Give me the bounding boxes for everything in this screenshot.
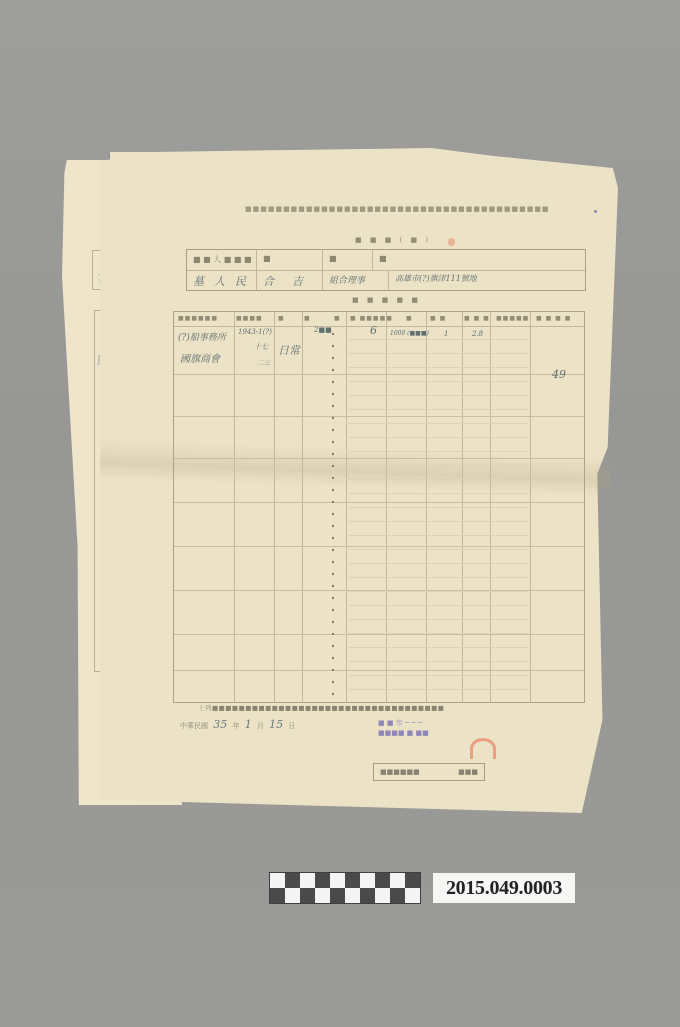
col-divider xyxy=(274,312,275,702)
registrant-info-table: ■ ■ 人 ■ ■ ■ ■ ■ ■ 墓人民 合吉 組合理事 高雄市(?)旗津11… xyxy=(186,249,586,291)
seal-stamp-red xyxy=(470,738,496,759)
info-header-3: ■ xyxy=(323,250,373,270)
ledger-header-5: ■ xyxy=(334,315,341,322)
date-year-unit: 年 xyxy=(232,722,239,730)
ledger-header-date: ■■■■ xyxy=(236,315,263,322)
ledger-table: ■■■■■■ ■■■■ ■ ■ ■ ■ ■■■■■ ■ ■ ■ ■ ■ ■ ■■… xyxy=(173,311,585,703)
info-section-title: ■ ■ ■ ( ■ ) xyxy=(355,236,431,244)
ledger-section-title: ■ ■ ■ ■ ■ xyxy=(352,296,421,304)
date-prefix: 中華民國 xyxy=(180,722,208,730)
col-divider xyxy=(234,312,235,702)
form-title: ■■■■■■■■■■■■■■■■■■■■■■■■■■■■■■■■■■■■■■■■ xyxy=(245,205,575,213)
date-month: 1 xyxy=(245,718,252,731)
perforation-dots xyxy=(331,328,335,698)
ledger-header-9: ■ ■ ■ xyxy=(464,315,490,322)
name-char-4: 合 xyxy=(263,275,292,288)
ledger-header-10: ■■■■■ xyxy=(496,315,529,322)
entry-remark: 49 xyxy=(552,368,566,381)
date-day-unit: 日 xyxy=(288,722,295,730)
entry-spec: 1000 (■■■) xyxy=(390,330,429,337)
catalog-number-label: 2015.049.0003 xyxy=(433,873,575,903)
info-header-2: ■ xyxy=(257,250,323,270)
entry-qty: 6 xyxy=(370,324,377,337)
info-header-name: ■ ■ 人 ■ ■ ■ xyxy=(187,250,257,270)
date-day: 15 xyxy=(269,718,283,731)
scale-bar xyxy=(269,872,421,904)
fine-ruling xyxy=(346,326,528,702)
info-header-row: ■ ■ 人 ■ ■ ■ ■ ■ ■ xyxy=(187,250,585,271)
info-header-address: ■ xyxy=(373,250,585,270)
date-line: 中華民國 35 年 1 月 15 日 xyxy=(180,718,295,731)
stamp-line-1: ■ ■ 市 ─ ─ ─ xyxy=(378,718,478,728)
name-char-3: 民 xyxy=(235,275,256,288)
ledger-header-7: ■ xyxy=(406,315,413,322)
official-stamp-purple: ■ ■ 市 ─ ─ ─ ■■■■ ■ ■■ xyxy=(378,718,478,756)
entry-date-line-3: 二三 xyxy=(256,358,270,368)
ledger-header-row: ■■■■■■ ■■■■ ■ ■ ■ ■ ■■■■■ ■ ■ ■ ■ ■ ■ ■■… xyxy=(174,312,584,327)
name-char-1: 墓 xyxy=(193,275,214,288)
entry-amount: 2■■ xyxy=(314,326,332,334)
stamp-line-2: ■■■■ ■ ■■ xyxy=(378,728,478,738)
box-stamp-left: ■■■■■■ xyxy=(380,768,420,776)
registrant-address: 高雄市(?)旗津111號地 xyxy=(389,270,585,290)
ledger-header-4: ■ xyxy=(304,315,311,322)
entry-date-line-1: 1943-1(?) xyxy=(238,328,272,336)
ink-dot xyxy=(594,210,597,213)
name-char-5: 吉 xyxy=(292,275,321,288)
registrant-name-part-2: 合吉 xyxy=(257,270,323,290)
info-value-row: 墓人民 合吉 組合理事 高雄市(?)旗津111號地 xyxy=(187,270,585,290)
ledger-header-3: ■ xyxy=(278,315,285,322)
col-divider xyxy=(530,312,531,702)
red-ink-mark xyxy=(448,238,455,246)
entry-col-a: 1 xyxy=(444,330,448,338)
box-stamp: ■■■■■■ ■■■ xyxy=(373,763,485,781)
date-month-unit: 月 xyxy=(257,722,264,730)
ledger-header-remark: ■ ■ ■ ■ xyxy=(536,315,571,322)
entry-item-line-1: (?)船事務所 xyxy=(178,330,226,343)
ledger-header-item: ■■■■■■ xyxy=(178,315,218,322)
ledger-header-8: ■ ■ xyxy=(430,315,446,322)
name-char-2: 人 xyxy=(214,275,235,288)
date-year: 35 xyxy=(213,718,227,731)
registrant-role: 組合理事 xyxy=(323,270,389,290)
entry-date-line-2: 十七 xyxy=(254,342,268,352)
entry-col-b: 2.8 xyxy=(472,330,483,338)
col-divider xyxy=(302,312,303,702)
entry-category: 日常 xyxy=(278,342,300,358)
box-stamp-right: ■■■ xyxy=(458,768,478,776)
registrant-name-part-1: 墓人民 xyxy=(187,270,257,290)
entry-item-line-2: 國旗商會 xyxy=(180,350,220,365)
footer-declaration: 上列■■■■■■■■■■■■■■■■■■■■■■■■■■■■■■■■■■■ xyxy=(198,703,538,712)
